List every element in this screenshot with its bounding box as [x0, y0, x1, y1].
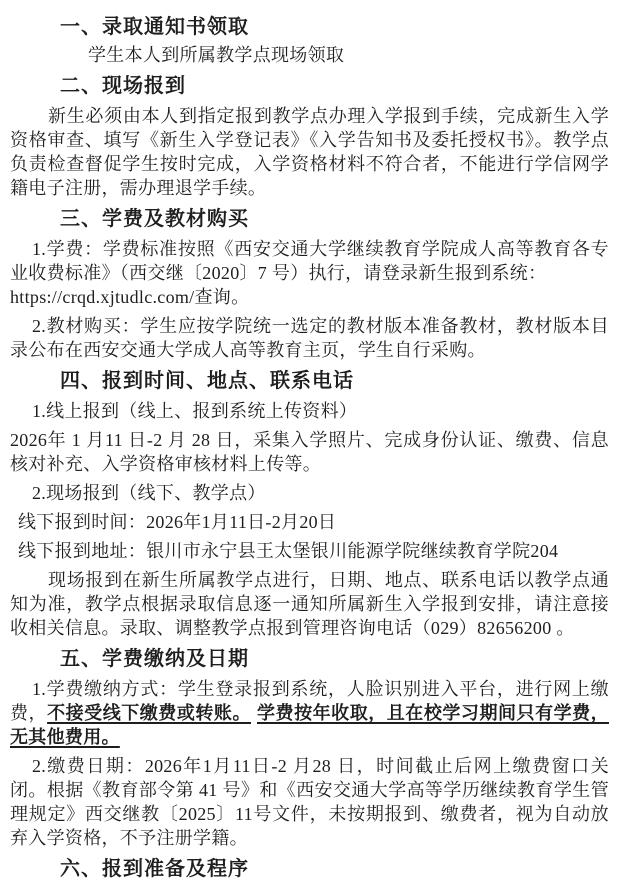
section-2-heading: 二、现场报到 [60, 73, 609, 99]
online-registration-item: 1.线上报到（线上、报到系统上传资料） [10, 399, 609, 423]
section-6-heading: 六、报到准备及程序 [60, 856, 609, 882]
section-4-heading: 四、报到时间、地点、联系电话 [60, 368, 609, 394]
no-offline-payment-emphasis: 不接受线下缴费或转账。 [47, 703, 251, 723]
textbook-paragraph: 2.教材购买：学生应按学院统一选定的教材版本准备教材，教材版本目录公布在西安交通… [10, 314, 609, 362]
tuition-paragraph: 1.学费：学费标准按照《西安交通大学继续教育学院成人高等教育各专业收费标准》（西… [10, 237, 609, 285]
onsite-registration-item: 2.现场报到（线下、教学点） [10, 481, 609, 505]
section-1-body: 学生本人到所属教学点现场领取 [88, 43, 609, 67]
section-3-heading: 三、学费及教材购买 [60, 206, 609, 232]
offline-time-line: 线下报到时间：2026年1月11日-2月20日 [10, 510, 609, 534]
section-5-heading: 五、学费缴纳及日期 [60, 646, 609, 672]
payment-deadline-paragraph: 2.缴费日期：2026年1月11日-2 月28 日，时间截止后网上缴费窗口关闭。… [10, 754, 609, 850]
online-registration-detail: 2026年 1 月11 日-2 月 28 日，采集入学照片、完成身份认证、缴费、… [10, 428, 609, 476]
portal-url: https://crqd.xjtudlc.com/查询。 [10, 285, 609, 309]
onsite-detail-paragraph: 现场报到在新生所属教学点进行，日期、地点、联系电话以教学点通知为准，教学点根据录… [10, 568, 609, 640]
section-2-paragraph: 新生必须由本人到指定报到教学点办理入学报到手续，完成新生入学资格审查、填写《新生… [10, 104, 609, 200]
offline-address-line: 线下报到地址：银川市永宁县王太堡银川能源学院继续教育学院204 [10, 539, 609, 563]
document-page: { "page": { "background": "#ffffff", "te… [0, 0, 629, 889]
section-1-heading: 一、录取通知书领取 [60, 14, 609, 40]
payment-method-paragraph: 1.学费缴纳方式：学生登录报到系统，人脸识别进入平台，进行网上缴费，不接受线下缴… [10, 677, 609, 749]
